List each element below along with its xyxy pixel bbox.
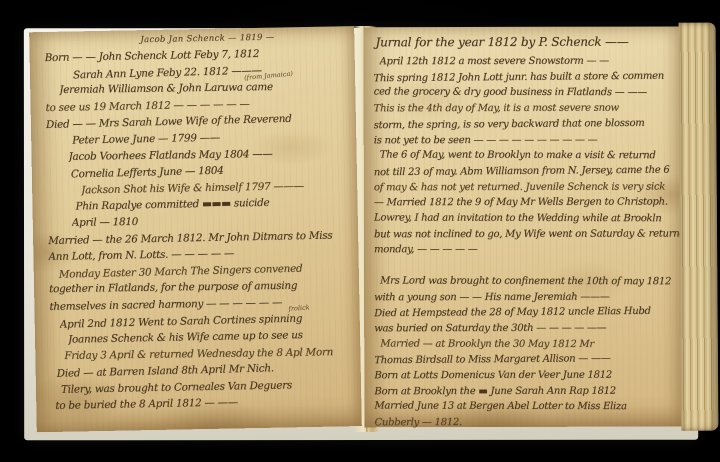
journal-line: Mrs Lord was brought to confinement the … [380,273,680,289]
journal-line: not till 23 of may. Abm Williamson from … [374,162,680,180]
journal-line: Cubberly — 1812. [374,415,680,432]
journal-line: was buried on Saturday the 30th — — — — … [374,320,680,337]
journal-line: Thomas Birdsall to Miss Margaret Allison… [374,351,680,369]
journal-line: Born at Lotts Domenicus Van der Veer Jun… [374,368,680,385]
journal-line: Died at Hempstead the 28 of May 1812 unc… [374,304,680,322]
journal-line: Born at Brooklyn the ▬ June Sarah Ann Ra… [374,383,680,400]
page-header: Jacob Jan Schenck — 1819 — [140,31,348,45]
journal-line: is not yet to be seen — — — — — — — — — … [374,132,680,149]
journal-line: The 6 of May, went to Brooklyn to make a… [380,148,680,164]
page-edges [679,23,719,431]
journal-line: — Married 1812 the 9 of May Mr Wells Ber… [374,195,680,212]
margin-annotation: frolick [288,303,310,312]
photo-background: Jacob Jan Schenck — 1819 — Born — — John… [0,0,720,462]
journal-line: of may & has not yet returned. Juvenile … [374,179,680,196]
journal-line: April 12th 1812 a most severe Snowstorm … [380,53,680,69]
journal-line: Lowrey, I had an invitation to the Weddi… [374,210,680,227]
journal-line [374,257,680,275]
journal-line: This is the 4th day of May, it is a most… [374,101,680,118]
journal-line: but was not inclined to go, My Wife went… [374,226,680,243]
journal-book: Jacob Jan Schenck — 1819 — Born — — John… [23,18,702,447]
left-page: Jacob Jan Schenck — 1819 — Born — — John… [29,26,362,432]
journal-line: storm, the spring, is so very backward t… [374,115,680,133]
right-page: Jurnal for the year 1812 by P. Schenck —… [363,26,684,427]
journal-title: Jurnal for the year 1812 by P. Schenck —… [375,34,679,49]
journal-line: ced the grocery & dry good business in F… [374,85,680,102]
journal-line: Married June 13 at Bergen Abel Lotter to… [374,399,680,416]
